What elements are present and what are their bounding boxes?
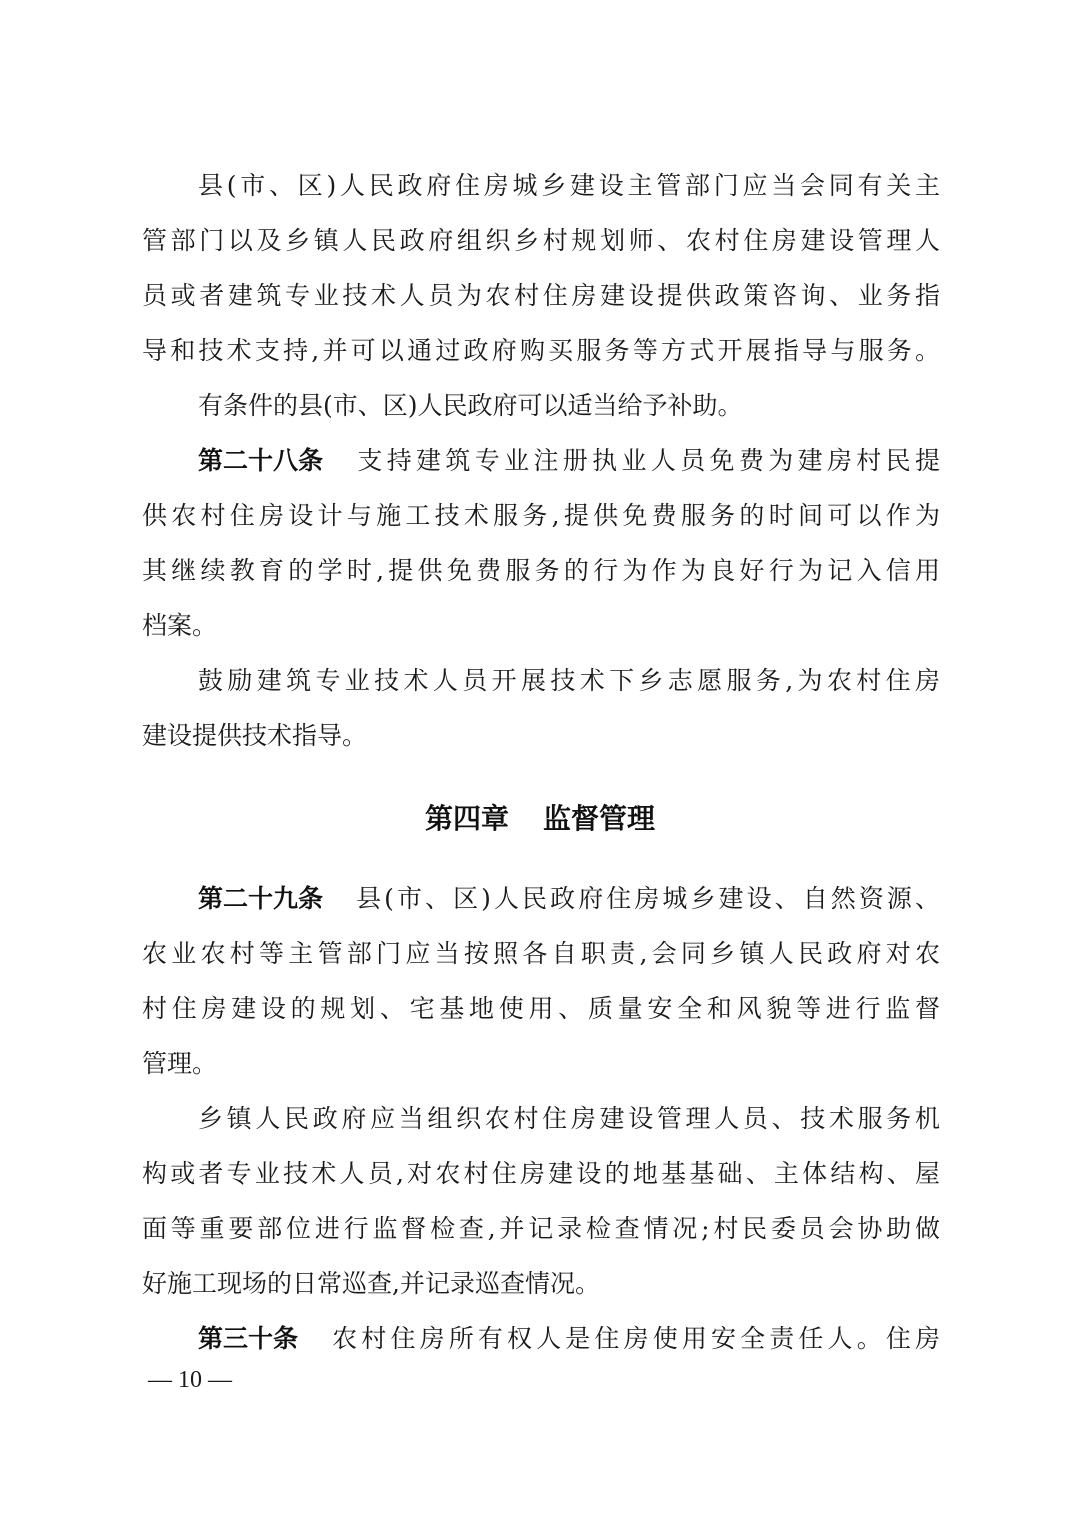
paragraph-line: 有条件的县(市、区)人民政府可以适当给予补助。 [198, 386, 940, 426]
article-heading: 第二十八条 [198, 441, 323, 481]
paragraph-line: 管部门以及乡镇人民政府组织乡村规划师、农村住房建设管理人 [142, 221, 940, 261]
paragraph-line: 管理。 [142, 1044, 940, 1084]
page-number: — 10 — [148, 1363, 232, 1397]
paragraph-line: 员或者建筑专业技术人员为农村住房建设提供政策咨询、业务指 [142, 276, 940, 316]
paragraph-line: 导和技术支持,并可以通过政府购买服务等方式开展指导与服务。 [142, 331, 940, 371]
paragraph-line: 县(市、区)人民政府住房城乡建设主管部门应当会同有关主 [198, 166, 940, 206]
paragraph-line: 面等重要部位进行监督检查,并记录检查情况;村民委员会协助做 [142, 1209, 940, 1249]
paragraph-line: 鼓励建筑专业技术人员开展技术下乡志愿服务,为农村住房 [198, 661, 940, 701]
paragraph-line: 其继续教育的学时,提供免费服务的行为作为良好行为记入信用 [142, 551, 940, 591]
chapter-title: 监督管理 [543, 802, 655, 835]
paragraph-line: 档案。 [142, 606, 940, 646]
article-heading: 第三十条 [198, 1319, 298, 1359]
paragraph-line: 构或者专业技术人员,对农村住房建设的地基基础、主体结构、屋 [142, 1154, 940, 1194]
paragraph-line: 村住房建设的规划、宅基地使用、质量安全和风貌等进行监督 [142, 989, 940, 1029]
paragraph-line: 乡镇人民政府应当组织农村住房建设管理人员、技术服务机 [198, 1099, 940, 1139]
chapter-number: 第四章 [425, 802, 509, 835]
paragraph-line: 农业农村等主管部门应当按照各自职责,会同乡镇人民政府对农 [142, 934, 940, 974]
paragraph-line: 建设提供技术指导。 [142, 716, 940, 756]
article-text: 支持建筑专业注册执业人员免费为建房村民提 [353, 446, 940, 475]
document-page: 县(市、区)人民政府住房城乡建设主管部门应当会同有关主 管部门以及乡镇人民政府组… [0, 0, 1080, 1527]
article-text: 农村住房所有权人是住房使用安全责任人。住房 [328, 1324, 940, 1353]
paragraph-line: 好施工现场的日常巡查,并记录巡查情况。 [142, 1264, 940, 1304]
article-30-first-line: 第三十条农村住房所有权人是住房使用安全责任人。住房 [198, 1319, 940, 1359]
chapter-heading: 第四章监督管理 [0, 797, 1080, 841]
article-text: 县(市、区)人民政府住房城乡建设、自然资源、 [353, 884, 940, 913]
article-28-first-line: 第二十八条支持建筑专业注册执业人员免费为建房村民提 [198, 441, 940, 481]
article-heading: 第二十九条 [198, 879, 323, 919]
paragraph-line: 供农村住房设计与施工技术服务,提供免费服务的时间可以作为 [142, 496, 940, 536]
article-29-first-line: 第二十九条县(市、区)人民政府住房城乡建设、自然资源、 [198, 879, 940, 919]
